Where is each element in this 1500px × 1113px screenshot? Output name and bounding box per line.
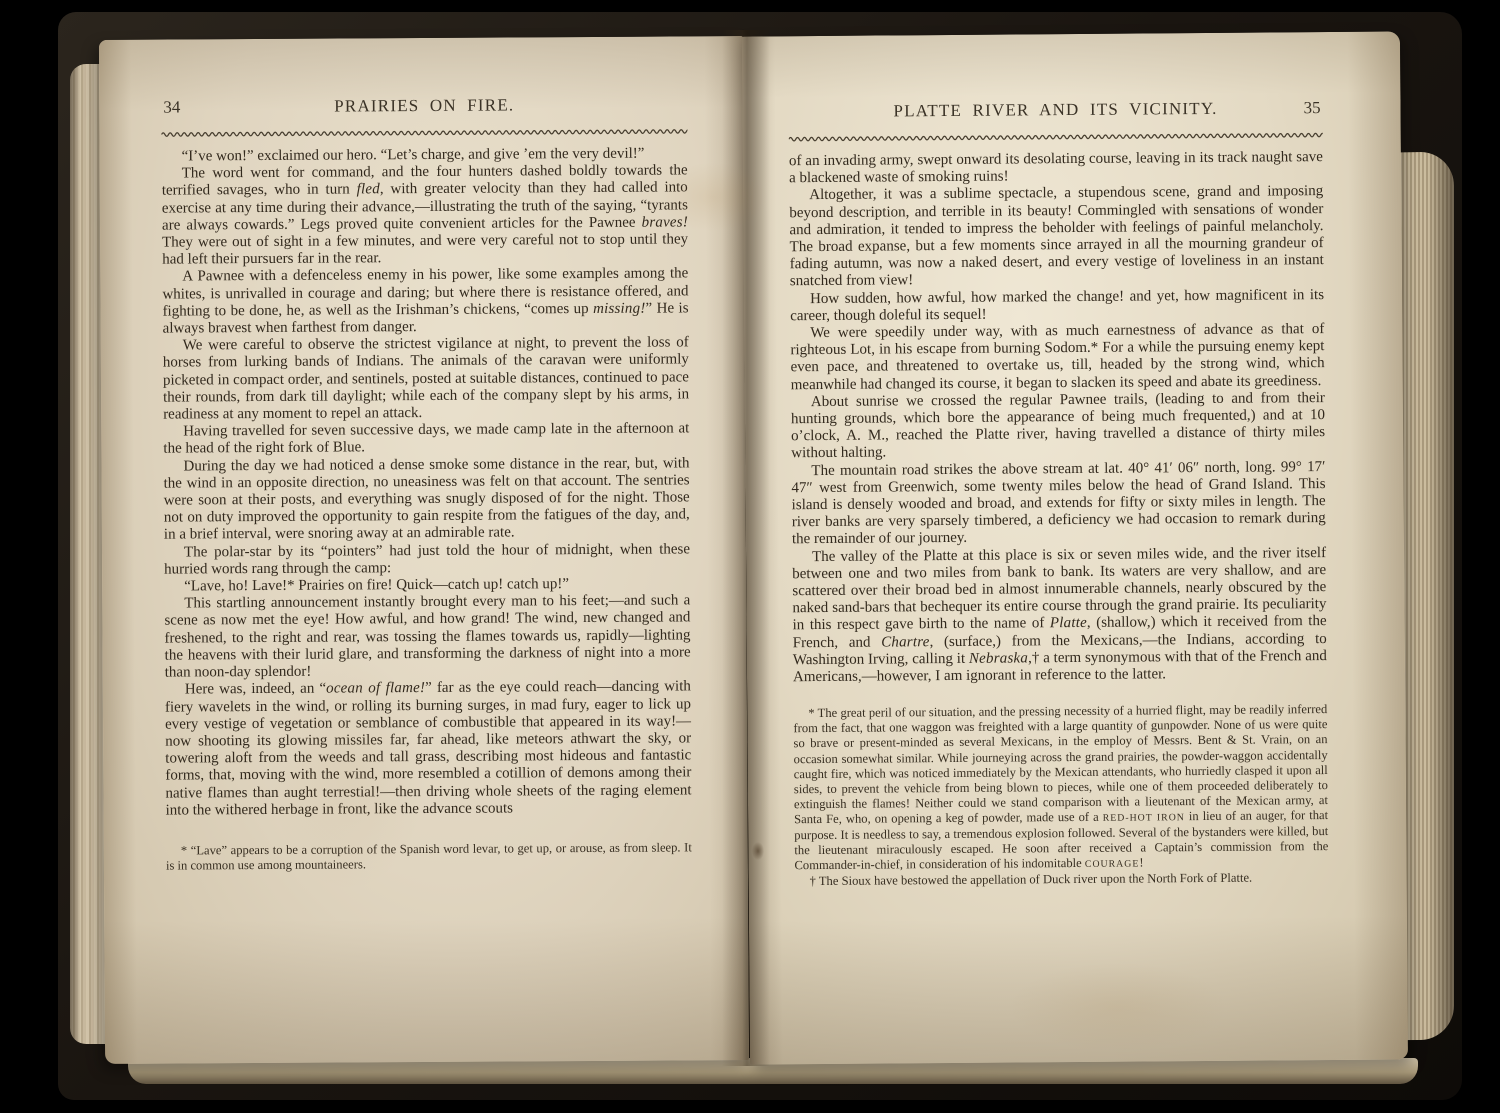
body-paragraph: The mountain road strikes the above stre… [791, 459, 1326, 549]
body-paragraph: We were speedily under way, with as much… [790, 321, 1325, 394]
body-paragraph: During the day we had noticed a dense sm… [163, 455, 690, 544]
left-page-body: “I’ve won!” exclaimed our hero. “Let’s c… [162, 145, 692, 819]
left-page-header: 34 PRAIRIES ON FIRE. [161, 94, 687, 121]
body-paragraph: The word went for command, and the four … [162, 163, 689, 269]
wavy-rule-divider [789, 131, 1323, 143]
body-paragraph: Here was, indeed, an “ocean of flame!” f… [165, 679, 692, 820]
book: 34 PRAIRIES ON FIRE. “I’ve won!” exclaim… [58, 12, 1462, 1100]
page-number-right: 35 [1303, 98, 1320, 118]
page-number-left: 34 [163, 97, 180, 117]
footnote: * “Lave” appears to be a corruption of t… [166, 840, 692, 873]
body-paragraph: The valley of the Platte at this place i… [792, 545, 1327, 687]
body-paragraph: This startling announcement instantly br… [164, 593, 691, 682]
running-head-left: PRAIRIES ON FIRE. [334, 95, 514, 115]
footnote: * The great peril of our situation, and … [793, 702, 1328, 874]
body-paragraph: About sunrise we crossed the regular Paw… [791, 390, 1326, 463]
right-page: PLATTE RIVER AND ITS VICINITY. 35 of an … [742, 31, 1408, 1064]
body-paragraph: The polar-star by its “pointers” had jus… [164, 541, 690, 579]
left-page-footnotes: * “Lave” appears to be a corruption of t… [166, 840, 692, 873]
body-paragraph: How sudden, how awful, how marked the ch… [790, 287, 1324, 326]
left-page: 34 PRAIRIES ON FIRE. “I’ve won!” exclaim… [99, 36, 749, 1064]
body-paragraph: of an invading army, swept onward its de… [789, 149, 1323, 188]
right-page-header: PLATTE RIVER AND ITS VICINITY. 35 [788, 98, 1322, 126]
wavy-rule-divider [161, 127, 687, 138]
body-paragraph: Having travelled for seven successive da… [163, 421, 689, 459]
body-paragraph: We were careful to observe the strictest… [163, 335, 690, 424]
right-page-footnotes: * The great peril of our situation, and … [793, 702, 1328, 889]
footnote: † The Sioux have bestowed the appellatio… [795, 870, 1329, 889]
running-head-right: PLATTE RIVER AND ITS VICINITY. [893, 99, 1217, 121]
body-paragraph: A Pawnee with a defenceless enemy in his… [162, 266, 688, 338]
body-paragraph: Altogether, it was a sublime spectacle, … [789, 183, 1324, 290]
right-page-body: of an invading army, swept onward its de… [789, 149, 1327, 686]
